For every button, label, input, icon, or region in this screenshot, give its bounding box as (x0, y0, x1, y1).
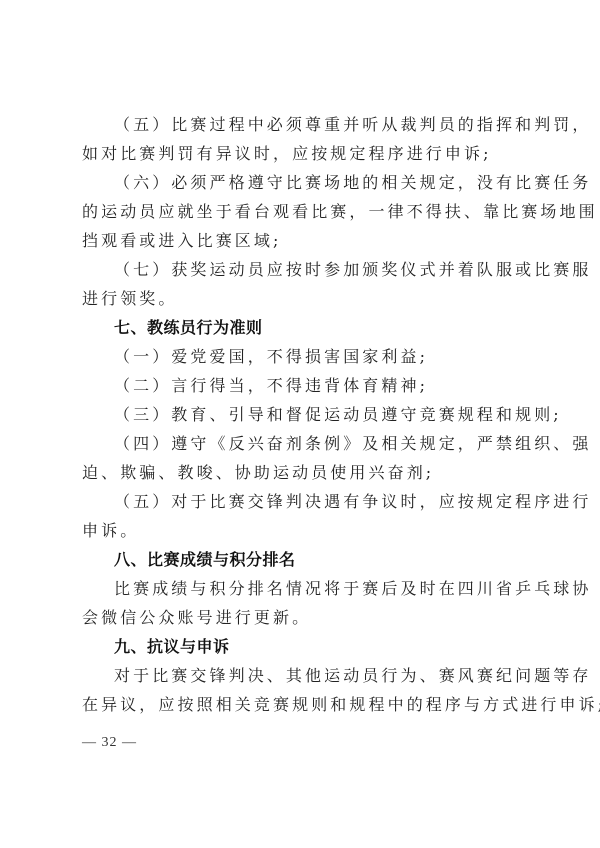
paragraph-line: 进行领奖。 (82, 285, 532, 313)
paragraph-line: 会微信公众账号进行更新。 (82, 604, 532, 632)
paragraph-line: 申诉。 (82, 517, 532, 545)
paragraph-line: 对于比赛交锋判决、其他运动员行为、赛风赛纪问题等存 (114, 662, 532, 690)
paragraph-line: （三）教育、引导和督促运动员遵守竞赛规程和规则; (114, 401, 532, 429)
paragraph-line: 如对比赛判罚有异议时，应按规定程序进行申诉; (82, 140, 532, 168)
paragraph-line: 迫、欺骗、教唆、协助运动员使用兴奋剂; (82, 459, 532, 487)
paragraph-line: （五）对于比赛交锋判决遇有争议时，应按规定程序进行 (114, 488, 532, 516)
paragraph-line: 在异议，应按照相关竞赛规则和规程中的程序与方式进行申诉; (82, 691, 532, 719)
section-heading: 九、抗议与申诉 (114, 633, 532, 661)
paragraph-line: （七）获奖运动员应按时参加颁奖仪式并着队服或比赛服 (114, 256, 532, 284)
document-page: （五）比赛过程中必须尊重并听从裁判员的指挥和判罚， 如对比赛判罚有异议时，应按规… (0, 0, 600, 848)
paragraph-line: 比赛成绩与积分排名情况将于赛后及时在四川省乒乓球协 (114, 575, 532, 603)
paragraph-line: （六）必须严格遵守比赛场地的相关规定，没有比赛任务 (114, 169, 532, 197)
section-heading: 七、教练员行为准则 (114, 314, 532, 342)
section-heading: 八、比赛成绩与积分排名 (114, 546, 532, 574)
paragraph-line: （二）言行得当，不得违背体育精神; (114, 372, 532, 400)
paragraph-line: （五）比赛过程中必须尊重并听从裁判员的指挥和判罚， (114, 111, 532, 139)
paragraph-line: （一）爱党爱国，不得损害国家利益; (114, 343, 532, 371)
paragraph-line: 的运动员应就坐于看台观看比赛，一律不得扶、靠比赛场地围 (82, 198, 532, 226)
page-number: — 32 — (82, 735, 137, 751)
paragraph-line: 挡观看或进入比赛区域; (82, 227, 532, 255)
paragraph-line: （四）遵守《反兴奋剂条例》及相关规定，严禁组织、强 (114, 430, 532, 458)
